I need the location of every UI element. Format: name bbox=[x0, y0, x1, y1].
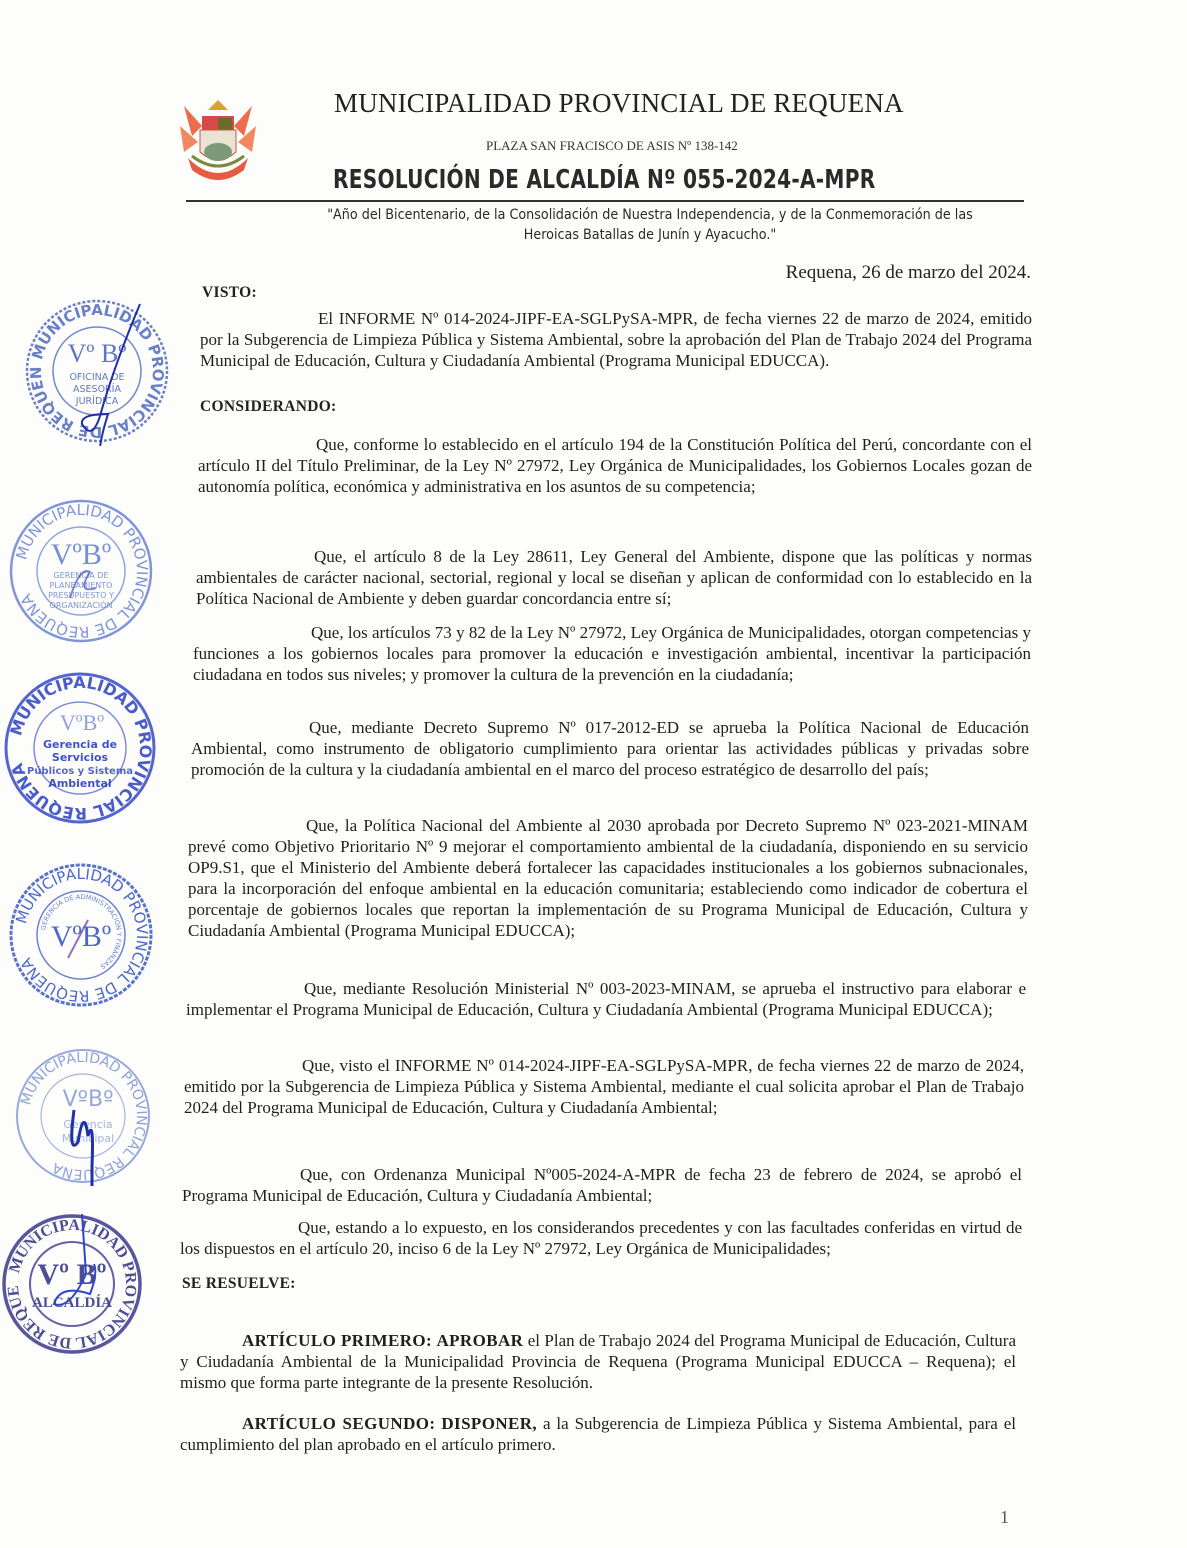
svg-text:Ambiental: Ambiental bbox=[48, 777, 111, 790]
considerando-paragraph: Que, mediante Resolución Ministerial Nº … bbox=[186, 978, 1026, 1020]
svg-text:PRESUPUESTO Y: PRESUPUESTO Y bbox=[48, 591, 114, 600]
considerando-label: CONSIDERANDO: bbox=[200, 398, 337, 416]
svg-text:ORGANIZACIÓN: ORGANIZACIÓN bbox=[50, 599, 113, 610]
svg-text:Gerencia de: Gerencia de bbox=[43, 738, 117, 751]
article-segundo: ARTÍCULO SEGUNDO: DISPONER, a la Subgere… bbox=[180, 1413, 1016, 1455]
svg-text:VºBº: VºBº bbox=[60, 710, 104, 735]
svg-text:PLANEAMIENTO: PLANEAMIENTO bbox=[50, 581, 113, 590]
svg-text:MUNICIPALIDAD PROVINCIAL REQUE: MUNICIPALIDAD PROVINCIAL REQUENA bbox=[18, 1050, 149, 1182]
considerando-paragraph: Que, el artículo 8 de la Ley 28611, Ley … bbox=[196, 546, 1032, 609]
year-motto: "Año del Bicentenario, de la Consolidaci… bbox=[316, 205, 985, 245]
svg-text:Servicios: Servicios bbox=[52, 751, 109, 764]
svg-text:ASESORÍA: ASESORÍA bbox=[73, 383, 121, 395]
svg-text:VºBº: VºBº bbox=[51, 538, 111, 571]
resolution-title: RESOLUCIÓN DE ALCALDÍA Nº 055-2024-A-MPR bbox=[333, 165, 875, 195]
stamp-administracion-finanzas: MUNICIPALIDAD PROVINCIAL DE REQUENA GERE… bbox=[6, 860, 156, 1010]
visto-paragraph: El INFORME Nº 014-2024-JIPF-EA-SGLPySA-M… bbox=[200, 308, 1032, 371]
svg-text:MUNICIPALIDAD PROVINCIAL DE RE: MUNICIPALIDAD PROVINCIAL DE REQUENA bbox=[22, 296, 167, 441]
svg-text:JURÍDICA: JURÍDICA bbox=[75, 395, 119, 407]
considerando-paragraph: Que, los artículos 73 y 82 de la Ley Nº … bbox=[193, 622, 1031, 685]
stamp-gerencia-municipal: MUNICIPALIDAD PROVINCIAL REQUENA VºBº Ge… bbox=[8, 1046, 158, 1186]
considerando-paragraph: Que, estando a lo expuesto, en los consi… bbox=[180, 1217, 1022, 1259]
institution-name: MUNICIPALIDAD PROVINCIAL DE REQUENA bbox=[334, 88, 904, 119]
considerando-paragraph: Que, conforme lo establecido en el artíc… bbox=[198, 434, 1032, 497]
municipal-crest-logo bbox=[178, 96, 258, 188]
visto-label: VISTO: bbox=[202, 284, 257, 302]
stamp-servicios-publicos-ambiente: MUNICIPALIDAD PROVINCIAL REQUENA VºBº Ge… bbox=[0, 668, 160, 828]
considerando-paragraph: Que, mediante Decreto Supremo Nº 017-201… bbox=[191, 717, 1029, 780]
institution-address: PLAZA SAN FRACISCO DE ASIS Nº 138-142 bbox=[486, 138, 738, 154]
svg-text:OFICINA DE: OFICINA DE bbox=[69, 372, 124, 383]
svg-text:VºBº: VºBº bbox=[63, 1087, 114, 1112]
svg-text:Públicos y Sistema: Públicos y Sistema bbox=[27, 765, 133, 777]
considerando-paragraph: Que, la Política Nacional del Ambiente a… bbox=[188, 815, 1028, 941]
svg-text:VºBº: VºBº bbox=[51, 920, 111, 953]
se-resuelve-label: SE RESUELVE: bbox=[182, 1275, 296, 1293]
svg-text:Vº Bº: Vº Bº bbox=[38, 1258, 107, 1291]
article-primero: ARTÍCULO PRIMERO: APROBAR el Plan de Tra… bbox=[180, 1330, 1016, 1393]
stamp-planeamiento-presupuesto: MUNICIPALIDAD PROVINCIAL DE REQUENA VºBº… bbox=[6, 496, 156, 646]
considerando-paragraph: Que, visto el INFORME Nº 014-2024-JIPF-E… bbox=[184, 1055, 1024, 1118]
stamp-alcaldia: MUNICIPALIDAD PROVINCIAL DE REQUENA Vº B… bbox=[0, 1214, 150, 1354]
considerando-paragraph: Que, con Ordenanza Municipal Nº005-2024-… bbox=[182, 1164, 1022, 1206]
place-and-date: Requena, 26 de marzo del 2024. bbox=[786, 262, 1031, 284]
header-divider bbox=[186, 200, 1024, 202]
stamp-asesoria-juridica: MUNICIPALIDAD PROVINCIAL DE REQUENA Vº B… bbox=[22, 296, 172, 446]
page-number: 1 bbox=[1000, 1507, 1009, 1528]
resolution-page: MUNICIPALIDAD PROVINCIAL DE REQUENA PLAZ… bbox=[0, 0, 1187, 1548]
